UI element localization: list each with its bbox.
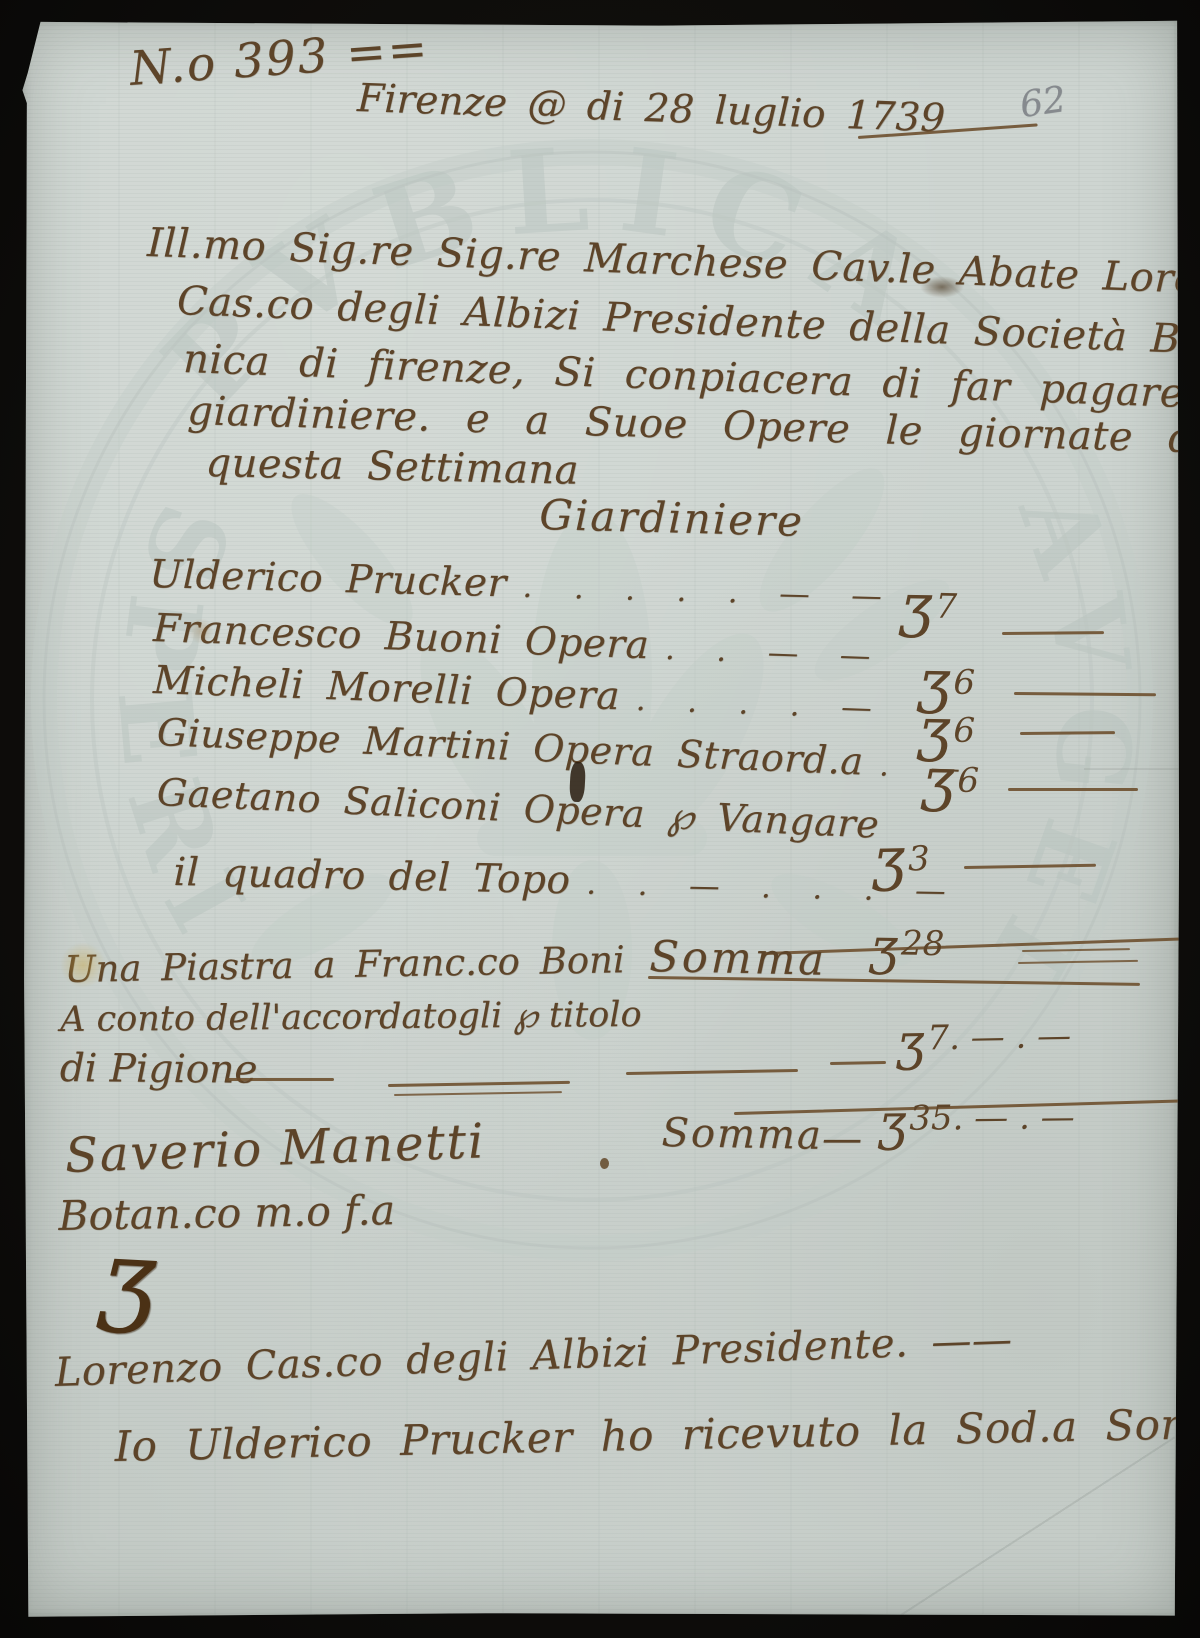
currency-symbol: Ʒ <box>896 1028 925 1078</box>
pigione-dash-1 <box>226 1078 334 1081</box>
currency-symbol: Ʒ <box>878 1108 907 1158</box>
worker-row-quadro-del-topo: il quadro del Topo. . — . . . — <box>173 850 957 911</box>
small-ink-dot <box>600 1158 609 1169</box>
paraph-flourish: Ʒ <box>96 1238 158 1358</box>
worker-name: Ulderico Prucker <box>149 552 507 606</box>
somma-crossed-amount: Ʒ28 <box>869 932 941 984</box>
worker-name: Gaetano Saliconi Opera ℘ Vangare <box>156 770 880 847</box>
pigione-amount: Ʒ7. — . — <box>896 1025 1069 1079</box>
amount-giuseppe: Ʒ6 <box>921 762 976 821</box>
amount-value: 35. — . — <box>909 1097 1075 1138</box>
diagonal-crease <box>897 1436 1175 1617</box>
pigione-dash-3 <box>626 1069 798 1075</box>
amount-dash-1 <box>1002 631 1104 635</box>
somma-final-dash: — <box>822 1116 862 1162</box>
amount-value: 6 <box>957 761 979 801</box>
somma-final-amount: Ʒ35. — . — <box>878 1106 1072 1159</box>
somma-strike-dash-a <box>1018 960 1138 964</box>
piastra-note-line-3: di Pigione <box>60 1046 258 1093</box>
worker-row-ulderico: Ulderico Prucker. . . . . — — <box>149 552 893 616</box>
amount-dash-5 <box>964 864 1096 869</box>
signature-saverio-manetti: Saverio Manetti <box>64 1113 486 1184</box>
receipt-line: Io Ulderico Prucker ho ricevuto la Sod.a… <box>114 1398 1200 1471</box>
amount-ulderico: Ʒ7 <box>899 588 954 647</box>
amount-quadro: Ʒ3 <box>872 841 927 900</box>
pigione-dash-2 <box>388 1081 570 1087</box>
somma-strike-dash-b <box>1022 948 1130 952</box>
amount-value: 7 <box>935 587 957 627</box>
section-heading-giardiniere: Giardiniere <box>539 490 805 546</box>
photographed-manuscript: { "folio": { "pencil_number": "62" }, "h… <box>0 0 1200 1638</box>
manuscript-paper: PVBLICA SPERITA AVGEI N.o 393 == Firenze… <box>22 20 1180 1618</box>
worker-row-gaetano: Gaetano Saliconi Opera ℘ Vangare <box>156 770 880 847</box>
piastra-note-line-2: A conto dell'accordatogli ℘ titolo <box>60 995 642 1040</box>
dot-leader: . . . . . — — <box>522 570 893 615</box>
piastra-note-line-1: Una Piastra a Franc.co Boni <box>64 938 625 991</box>
amount-value: 3 <box>908 839 930 879</box>
worker-name: Micheli Morelli Opera <box>152 658 620 719</box>
salutation-line-5: questa Settimana <box>205 440 579 494</box>
currency-symbol: Ʒ <box>869 932 898 982</box>
currency-symbol: Ʒ <box>872 841 906 900</box>
currency-symbol: Ʒ <box>921 762 955 821</box>
task-label: il quadro del Topo <box>173 850 571 903</box>
amount-dash-3 <box>1020 731 1115 735</box>
place-date-line: Firenze @ di 28 luglio 1739 <box>356 76 946 142</box>
pigione-dash-4 <box>830 1061 886 1065</box>
signature-botanist-title: Botan.co m.o f.a <box>58 1186 395 1240</box>
worker-name: Francesco Buoni Opera <box>152 606 650 668</box>
edge-fold-line <box>1084 768 1180 770</box>
watermark-text-left: SPERITA <box>22 20 280 973</box>
folio-pencil-number: 62 <box>1017 79 1068 126</box>
pigione-dash-2b <box>394 1091 562 1096</box>
watermark-text-right: AVGEI <box>958 476 1157 1020</box>
somma-final-label: Somma <box>661 1110 823 1159</box>
amount-value: 6 <box>953 711 975 751</box>
dot-leader: . . . . — <box>635 683 883 727</box>
amount-value: 28 <box>901 924 945 965</box>
amount-value: 7. — . — <box>927 1016 1071 1059</box>
currency-symbol: Ʒ <box>899 588 933 647</box>
amount-dash-4 <box>1008 788 1138 791</box>
signature-president-line: Lorenzo Cas.co degli Albizi Presidente. … <box>54 1317 1013 1396</box>
amount-value: 6 <box>953 663 975 703</box>
dot-leader: . . — — <box>665 632 882 675</box>
amount-dash-2 <box>1014 692 1156 696</box>
